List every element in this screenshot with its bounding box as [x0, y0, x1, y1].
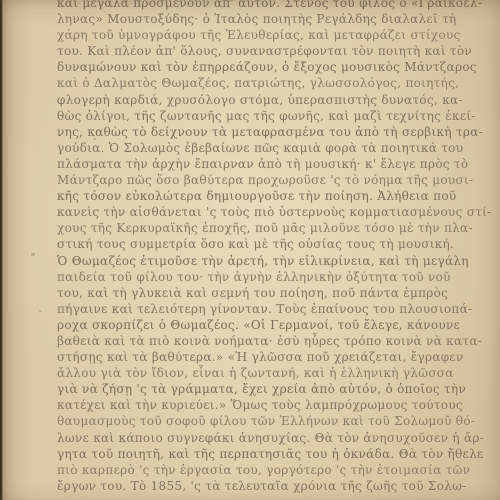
- text-line: γούδια. Ὁ Σολωμὸς ἐβεβαίωνε πῶς καμιὰ φο…: [57, 140, 399, 156]
- text-line: κανεὶς τὴν αἰσθάνεται 'ς τοὺς πιὸ ὑστερν…: [57, 204, 399, 220]
- text-line: Μάντζαρο πῶς ὅσο βαθύτερα προχωροῦσε 'ς …: [57, 172, 399, 188]
- text-line: ἄλλου γιὰ τὸν ἴδιον, εἶναι ἡ ζωντανή, κα…: [57, 365, 399, 381]
- text-line: στήσῃς καὶ τὰ βαθύτερα.» «Ἡ γλῶσσα ποῦ χ…: [57, 349, 399, 365]
- book-page-scan: καὶ μεγάλα προσμένουν ἀπ' αὐτόν. Στενός …: [0, 0, 500, 500]
- text-line: του, καὶ τὴ γλυκειὰ καὶ σεμνή του ποίηση…: [57, 285, 399, 301]
- text-line: πήγαινε καὶ τελειότερη γίνονταν. Τοὺς ἐπ…: [57, 301, 399, 317]
- text-line: φλογερὴ καρδιά, χρυσόλογο στόμα, ὑπερασπ…: [57, 92, 399, 108]
- text-line: χάρη τοῦ ὑμνογράφου τῆς Ἐλευθερίας, καὶ …: [57, 27, 399, 43]
- text-line: βαθειὰ καὶ τὰ πιὸ κοινὰ νοήματα· ἐσὺ ηὗρ…: [57, 333, 399, 349]
- page-speck: [39, 310, 42, 312]
- text-line: κῆς τόσον εὐκολώτερα δημιουργοῦσε τὴν πο…: [57, 188, 399, 204]
- text-line: πλάσματα τὴν ἀρχὴν ἔπαιρναν ἀπὸ τὴ μουσι…: [57, 156, 399, 172]
- page-text: καὶ μεγάλα προσμένουν ἀπ' αὐτόν. Στενός …: [57, 0, 399, 494]
- text-line: θὼς ὀλίγοι, τῆς ζωντανῆς μας τῆς φωνῆς, …: [57, 108, 399, 124]
- text-line: του. Καὶ πλέον ἀπ' ὅλους, συναναστρέφοντ…: [57, 43, 399, 59]
- text-line: Ὁ Θωμαζέος ἐτιμοῦσε τὴν ἀρετή, τὴν εἰλικ…: [57, 253, 399, 269]
- text-line: καὶ μεγάλα προσμένουν ἀπ' αὐτόν. Στενός …: [57, 0, 399, 11]
- text-line: ἔργων του. Τὸ 1855, 'ς τὰ τελευταῖα χρόν…: [57, 478, 399, 494]
- text-line: καὶ ὁ Δαλματὸς Θωμαζέος, πατριώτης, γλωσ…: [57, 75, 399, 91]
- text-line: νης, καθὼς τὸ δείχνουν τὰ μεταφρασμένα τ…: [57, 124, 399, 140]
- text-line: πιὸ καρπερὸ 'ς τὴν ἐργασία του, γοργότερ…: [57, 462, 399, 478]
- book-edge-shadow: [0, 0, 3, 500]
- page-speck: [31, 253, 35, 256]
- text-line: χους τῆς Κερκυραϊκῆς ἐποχῆς, ποῦ μᾶς μιλ…: [57, 220, 399, 236]
- text-line: παιδεία τοῦ φίλου του· τὴν ἁγνὴν ἑλληνικ…: [57, 269, 399, 285]
- text-line: κατέχει καὶ τὴν κυριεύει.» Ὅμως τοὺς λαμ…: [57, 397, 399, 413]
- text-line: στική τους συμμετρία ὅσο καὶ μὲ τῆς οὐσί…: [57, 236, 399, 252]
- text-line: ληνας» Μουστοξύδης· ὁ Ἰταλὸς ποιητὴς Ρεγ…: [57, 11, 399, 27]
- text-line: λωνε καὶ κάποιο συγνεφάκι ἀνησυχίας. Θὰ …: [57, 430, 399, 446]
- text-line: γητα τοῦ ποιητῆ, καὶ τῆς περπατησιᾶς του…: [57, 446, 399, 462]
- text-line: ροχα σκορπίζει ὁ Θωμαζέος. «Οἱ Γερμανοί,…: [57, 317, 399, 333]
- text-line: γιὰ νὰ ζήσῃ 'ς τὰ γράμματα, ἔχει χρεία ἀ…: [57, 381, 399, 397]
- text-line: θαυμασμοὺς τοῦ σοφοῦ φίλου τῶν Ἑλλήνων κ…: [57, 413, 399, 429]
- text-line: δυναμώνουν καὶ τὸν ἐπηρρεάζουν, ὁ ἔξοχος…: [57, 59, 399, 75]
